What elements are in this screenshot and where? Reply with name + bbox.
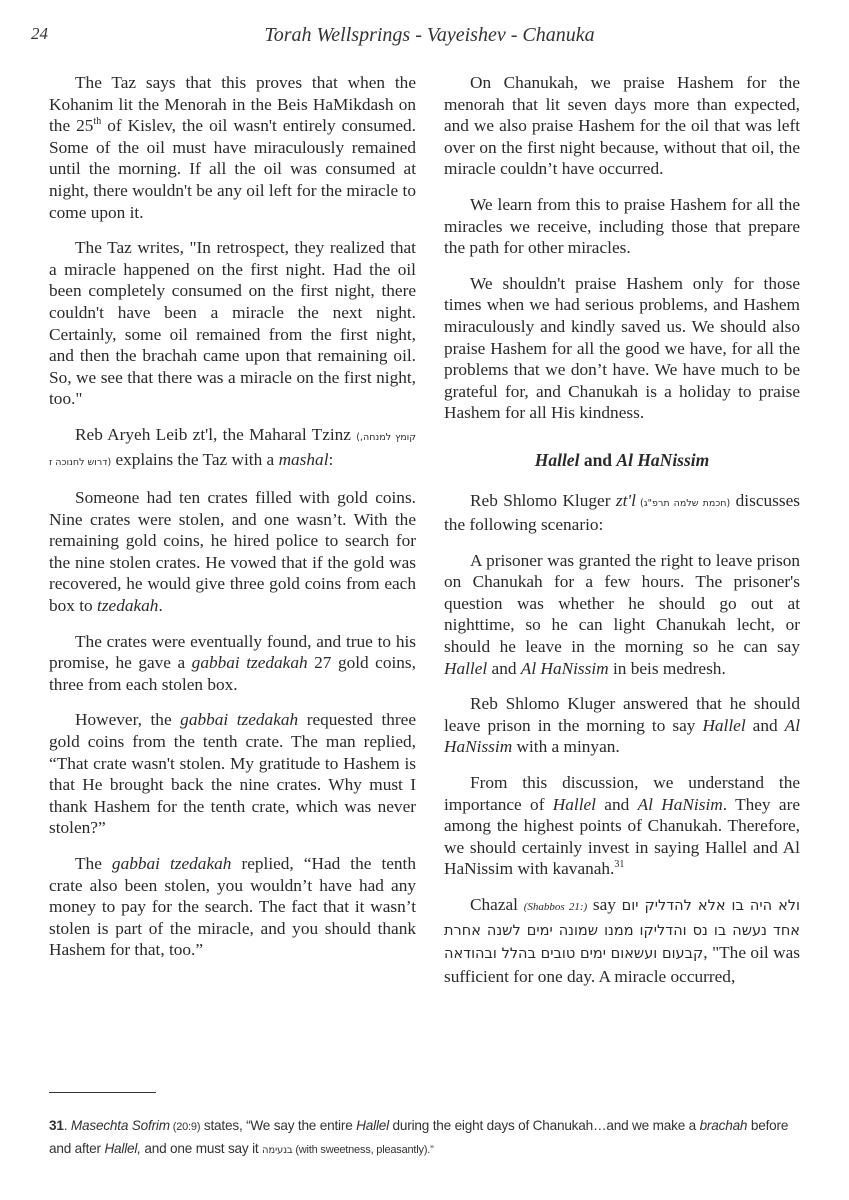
paragraph: The Taz says that this proves that when … <box>49 72 416 223</box>
footnote-number: 31 <box>49 1118 64 1133</box>
running-header: 24 Torah Wellsprings - Vayeishev - Chanu… <box>0 24 849 48</box>
paragraph: The gabbai tzedakah replied, “Had the te… <box>49 853 416 961</box>
paragraph: Reb Shlomo Kluger zt'l (חכמת שלמה תרפ"ג)… <box>444 490 800 536</box>
footnote-marker[interactable]: 31 <box>614 860 624 871</box>
section-heading: Hallel and Al HaNissim <box>444 450 800 472</box>
source-reference: (Shabbos 21:) <box>524 901 587 913</box>
book-title: Torah Wellsprings - Vayeishev - Chanuka <box>0 24 849 47</box>
paragraph: The Taz writes, "In retrospect, they rea… <box>49 237 416 410</box>
paragraph: Reb Shlomo Kluger answered that he shoul… <box>444 693 800 758</box>
paragraph: Reb Aryeh Leib zt'l, the Maharal Tzinz (… <box>49 424 416 473</box>
paragraph: We learn from this to praise Hashem for … <box>444 194 800 259</box>
right-column: On Chanukah, we praise Hashem for the me… <box>444 72 800 1001</box>
paragraph: Chazal (Shabbos 21:) say ולא היה בו אלא … <box>444 894 800 987</box>
paragraph: Someone had ten crates filled with gold … <box>49 487 416 617</box>
hebrew-word: בנעימה <box>262 1145 292 1156</box>
paragraph: On Chanukah, we praise Hashem for the me… <box>444 72 800 180</box>
paragraph: However, the gabbai tzedakah requested t… <box>49 709 416 839</box>
paragraph: From this discussion, we understand the … <box>444 772 800 880</box>
paragraph: A prisoner was granted the right to leav… <box>444 550 800 680</box>
footnote: 31. Masechta Sofrim (20:9) states, “We s… <box>49 1115 801 1161</box>
paragraph: We shouldn't praise Hashem only for thos… <box>444 273 800 424</box>
footnote-divider <box>49 1092 156 1093</box>
left-column: The Taz says that this proves that when … <box>49 72 416 975</box>
hebrew-source-reference: (חכמת שלמה תרפ"ג) <box>636 498 730 509</box>
paragraph: The crates were eventually found, and tr… <box>49 631 416 696</box>
